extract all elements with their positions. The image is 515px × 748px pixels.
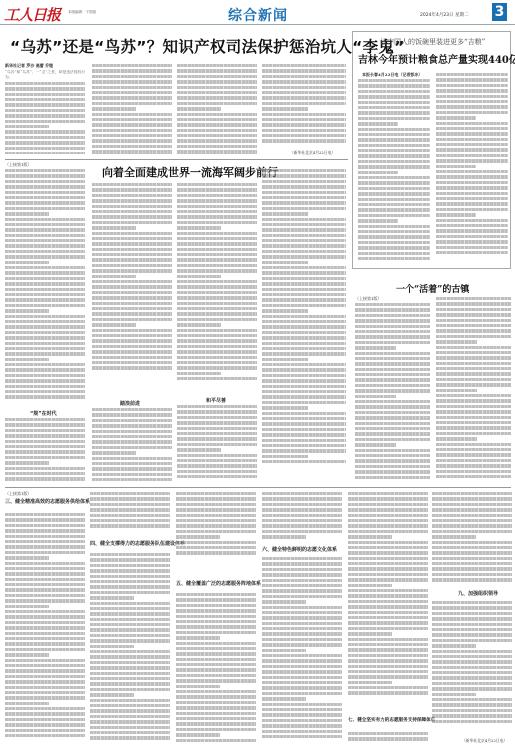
navy-headline[interactable]: 向着全面建成世界一流海军阔步前行 — [102, 164, 278, 180]
text-line — [348, 690, 428, 695]
text-line — [90, 735, 170, 740]
navy-col-3b — [177, 404, 257, 483]
volunteer-col-6a — [432, 491, 512, 583]
text-line — [262, 734, 342, 739]
navy-subsection-2: 踏浪前进 — [120, 400, 140, 407]
text-line — [432, 719, 512, 724]
text-line — [348, 736, 428, 741]
ancient-town-col-1 — [355, 302, 430, 482]
divider — [5, 159, 348, 160]
jilin-col-1 — [358, 78, 430, 266]
divider — [5, 487, 511, 488]
ip-article-col-3 — [177, 63, 257, 156]
volunteer-col-3b — [176, 592, 256, 744]
jilin-col-2 — [436, 72, 508, 258]
masthead: 工人日报 本版编辑：于国丽 综合新闻 2024年4月23日 星期二 3 — [0, 0, 515, 25]
page-number-badge: 3 — [492, 3, 507, 21]
volunteer-section-6: 六、健全特色鲜明的志愿文化体系 — [262, 546, 337, 553]
text-line — [262, 534, 306, 539]
text-line — [262, 459, 346, 464]
volunteer-col-5b — [348, 731, 428, 745]
navy-subsection-3: 和平尽善 — [206, 397, 226, 404]
volunteer-col-2b — [90, 552, 170, 744]
text-line — [177, 376, 257, 381]
text-line — [176, 550, 256, 555]
ip-article-lead: “乌苏”和“鸟苏”，一“点”之差，却是违法侵权行为。 — [5, 70, 85, 79]
volunteer-col-5a — [348, 491, 428, 701]
text-line — [176, 738, 256, 743]
navy-col-3 — [177, 182, 257, 382]
issue-date: 2024年4月23日 星期二 — [420, 12, 468, 18]
text-line — [92, 149, 172, 154]
text-line — [5, 476, 85, 481]
navy-col-1b — [5, 417, 85, 483]
volunteer-col-4a — [262, 491, 342, 541]
section-title: 综合新闻 — [228, 5, 288, 25]
text-line — [5, 394, 85, 399]
navy-col-2 — [92, 182, 172, 374]
volunteer-section-9: 九、加强组织领导 — [458, 590, 498, 597]
text-line — [92, 477, 172, 482]
text-line — [436, 474, 511, 479]
newspaper-logo: 工人日报 — [4, 4, 60, 25]
volunteer-continued: （上接第1版） — [5, 491, 32, 497]
text-line — [436, 250, 508, 255]
navy-col-4 — [262, 168, 346, 468]
ip-article-byline: 新华社记者 罗沙 高蕾 乔继 — [5, 63, 53, 69]
text-line — [177, 149, 257, 154]
text-line — [92, 365, 172, 370]
ip-article-col-4 — [262, 63, 346, 148]
ancient-town-headline[interactable]: 一个“活着”的古镇 — [396, 282, 469, 295]
volunteer-section-3: 三、健全精准高效的志愿服务供给体系 — [5, 498, 90, 505]
text-line — [5, 733, 85, 738]
jilin-headline[interactable]: 吉林今年预计粮食总产量实现440亿公斤 — [358, 51, 515, 66]
navy-col-2b — [92, 407, 172, 483]
ip-article-col-1: “乌苏”和“鸟苏”，一“点”之差，却是违法侵权行为。 — [5, 70, 85, 154]
volunteer-col-1 — [5, 512, 85, 744]
volunteer-col-3a — [176, 491, 256, 557]
text-line — [177, 474, 257, 479]
volunteer-col-4b — [262, 556, 342, 744]
text-line — [5, 151, 85, 154]
volunteer-section-5: 五、健全覆盖广泛的志愿服务阵地体系 — [176, 580, 261, 587]
edition-editor: 本版编辑：于国丽 — [68, 10, 96, 15]
ancient-town-col-2 — [436, 296, 511, 482]
volunteer-dateline: （新华社北京4月22日电） — [462, 738, 507, 744]
volunteer-col-2a — [90, 491, 170, 533]
volunteer-section-4: 四、健全支撑得力的志愿服务队伍建设体系 — [90, 540, 185, 547]
navy-col-1 — [5, 168, 85, 403]
text-line — [90, 523, 170, 528]
jilin-kicker: 让中国人的饭碗里装进更多“吉粮” — [380, 37, 485, 47]
ip-article-headline[interactable]: “乌苏”还是“鸟苏”？知识产权司法保护惩治坑人“李鬼” — [10, 35, 405, 57]
navy-subsection-1: “规”在时代 — [30, 410, 57, 417]
ip-article-dateline: （新华社北京4月22日电） — [290, 150, 335, 156]
volunteer-section-7: 七、健全坚实有力的志愿服务支持保障体系 — [348, 717, 435, 723]
volunteer-col-6b — [432, 600, 512, 728]
text-line — [432, 577, 512, 582]
text-line — [355, 475, 430, 480]
ip-article-col-2 — [92, 63, 172, 156]
text-line — [358, 256, 430, 261]
text-line — [262, 138, 346, 143]
